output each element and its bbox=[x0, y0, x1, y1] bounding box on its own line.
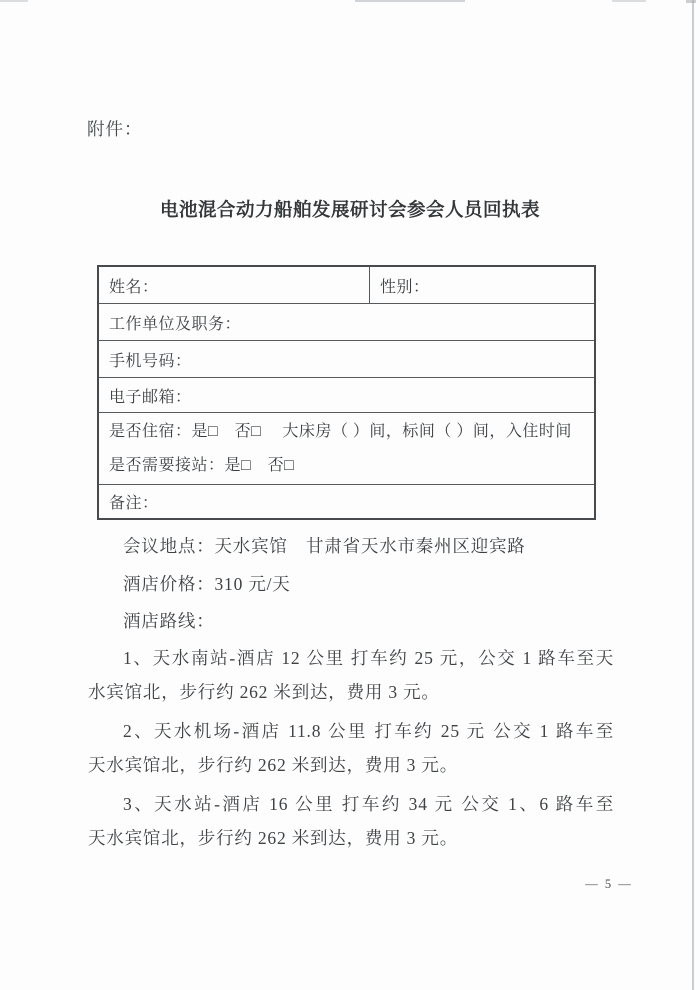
route-line: 天水宾馆北，步行约 262 米到达，费用 3 元。 bbox=[88, 748, 614, 782]
route-line: 2、天水机场-酒店 11.8 公里 打车约 25 元 公交 1 路车至 bbox=[88, 714, 614, 748]
page-title: 电池混合动力船舶发展研讨会参会人员回执表 bbox=[0, 196, 700, 222]
document-page: 附件： 电池混合动力船舶发展研讨会参会人员回执表 姓名： 性别： 工作单位及职务… bbox=[0, 0, 700, 990]
table-row-remarks: 备注： bbox=[98, 485, 595, 520]
route-item-3: 3、天水站-酒店 16 公里 打车约 34 元 公交 1、6 路车至 天水宾馆北… bbox=[88, 787, 614, 855]
routes-header: 酒店路线： bbox=[88, 603, 614, 641]
reply-form-table: 姓名： 性别： 工作单位及职务： 手机号码： 电子邮箱： 是否住宿：是□ 否□ … bbox=[97, 265, 596, 520]
route-line: 水宾馆北，步行约 262 米到达，费用 3 元。 bbox=[88, 675, 614, 709]
gender-field-cell: 性别： bbox=[370, 266, 596, 304]
pickup-line: 是否需要接站：是□ 否□ bbox=[109, 449, 584, 483]
route-item-1: 1、天水南站-酒店 12 公里 打车约 25 元，公交 1 路车至天 水宾馆北，… bbox=[88, 641, 614, 709]
accommodation-field-cell: 是否住宿：是□ 否□ 大床房（ ）间，标间（ ）间，入住时间 是否需要接站：是□… bbox=[98, 413, 595, 485]
table-row-accommodation: 是否住宿：是□ 否□ 大床房（ ）间，标间（ ）间，入住时间 是否需要接站：是□… bbox=[98, 413, 595, 485]
name-field-cell: 姓名： bbox=[98, 266, 370, 304]
phone-field-cell: 手机号码： bbox=[98, 341, 595, 378]
route-line: 3、天水站-酒店 16 公里 打车约 34 元 公交 1、6 路车至 bbox=[88, 787, 614, 821]
remarks-field-cell: 备注： bbox=[98, 485, 595, 520]
table-row-name-gender: 姓名： 性别： bbox=[98, 266, 595, 304]
scan-smudge bbox=[355, 0, 465, 2]
scan-smudge bbox=[612, 0, 646, 2]
attachment-label: 附件： bbox=[87, 116, 143, 141]
venue-line: 会议地点：天水宾馆 甘肃省天水市秦州区迎宾路 bbox=[88, 528, 614, 566]
scan-smudge bbox=[686, 0, 696, 3]
email-field-cell: 电子邮箱： bbox=[98, 378, 595, 413]
page-number: — 5 — bbox=[576, 877, 642, 892]
route-line: 天水宾馆北，步行约 262 米到达，费用 3 元。 bbox=[88, 821, 614, 855]
scan-edge-line bbox=[692, 0, 694, 990]
scan-smudge bbox=[0, 0, 28, 2]
table-row-workunit: 工作单位及职务： bbox=[98, 304, 595, 341]
price-line: 酒店价格：310 元/天 bbox=[88, 566, 614, 604]
workunit-field-cell: 工作单位及职务： bbox=[98, 304, 595, 341]
route-line: 1、天水南站-酒店 12 公里 打车约 25 元，公交 1 路车至天 bbox=[88, 641, 614, 675]
table-row-email: 电子邮箱： bbox=[98, 378, 595, 413]
accommodation-line: 是否住宿：是□ 否□ 大床房（ ）间，标间（ ）间，入住时间 bbox=[109, 415, 584, 449]
info-section: 会议地点：天水宾馆 甘肃省天水市秦州区迎宾路 酒店价格：310 元/天 酒店路线… bbox=[88, 528, 614, 860]
route-item-2: 2、天水机场-酒店 11.8 公里 打车约 25 元 公交 1 路车至 天水宾馆… bbox=[88, 714, 614, 782]
table-row-phone: 手机号码： bbox=[98, 341, 595, 378]
